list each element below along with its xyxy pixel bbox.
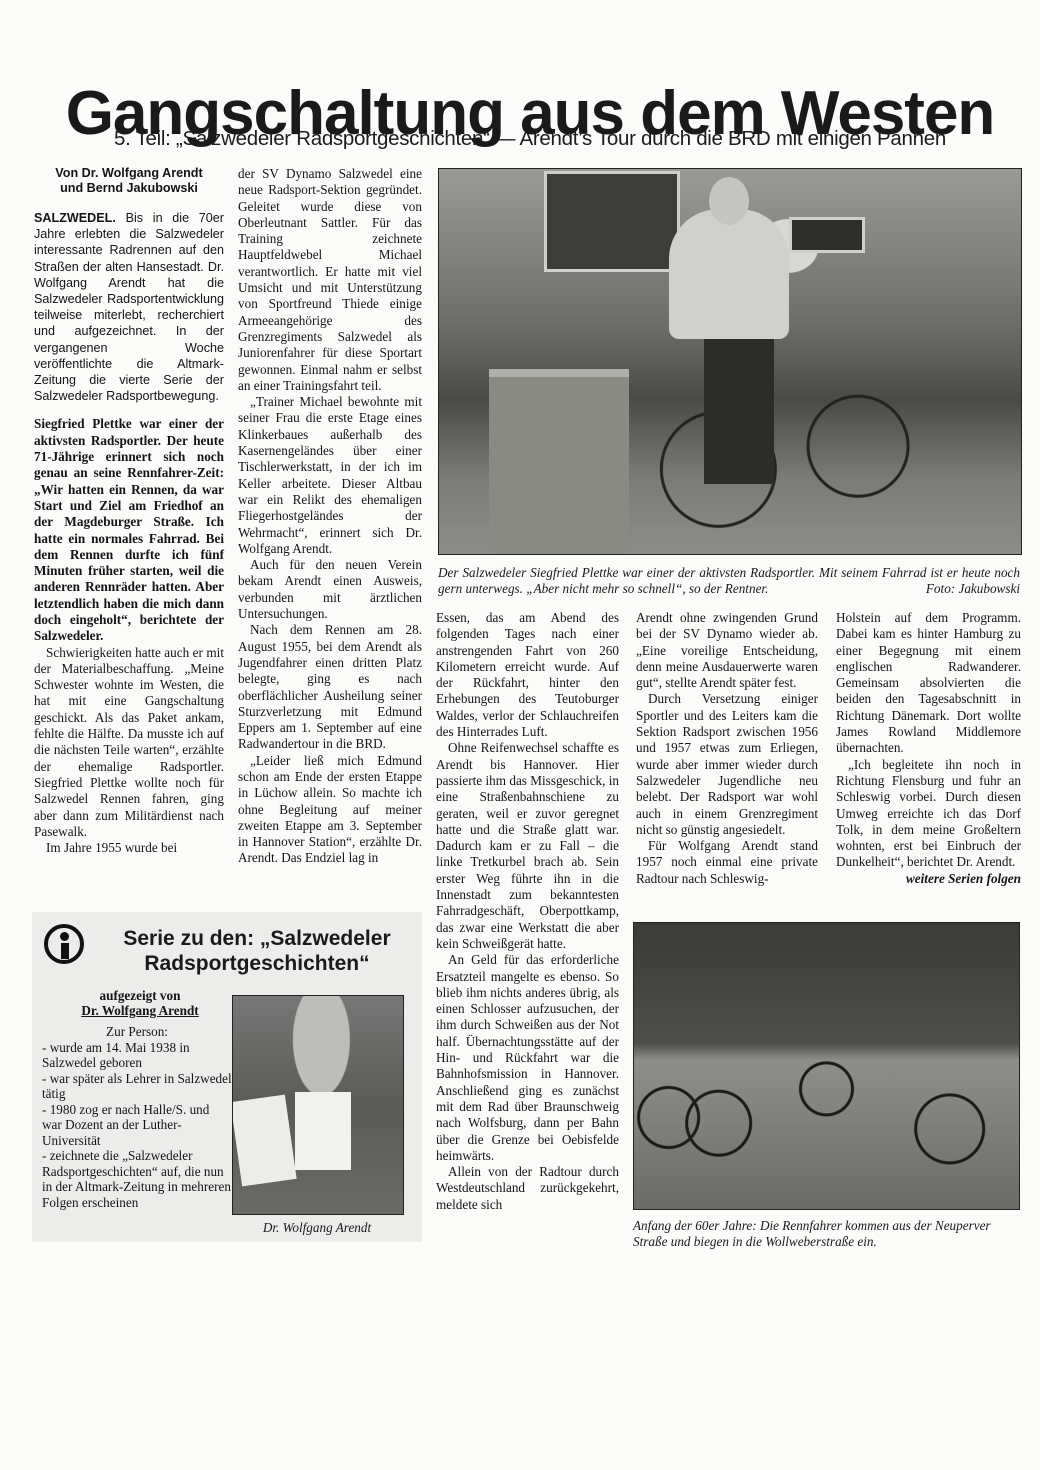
bio-item: - wurde am 14. Mai 1938 in Salzwedel geb… <box>42 1040 232 1071</box>
photo-detail-rider-head <box>709 177 749 225</box>
paragraph: Allein von der Radtour durch Westdeutsch… <box>436 1164 619 1213</box>
series-author: aufgezeigt von Dr. Wolfgang Arendt <box>50 988 230 1018</box>
paragraph: Ohne Reifenwechsel schaffte es Arendt bi… <box>436 740 619 952</box>
intro-paragraph: SALZWEDEL. Bis in die 70er Jahre erlebte… <box>34 210 224 404</box>
column-3: Essen, das am Abend des folgenden Tages … <box>436 610 619 1213</box>
photo-portrait-arendt <box>232 995 404 1215</box>
author-bio: Zur Person: - wurde am 14. Mai 1938 in S… <box>42 1024 232 1210</box>
column-1: Von Dr. Wolfgang Arendt und Bernd Jakubo… <box>34 166 224 856</box>
bio-item: - zeichnete die „Salzwedeler Radsportges… <box>42 1148 232 1210</box>
bio-title: Zur Person: <box>42 1024 232 1040</box>
paragraph: Auch für den neuen Verein bekam Arendt e… <box>238 557 422 622</box>
paragraph: Schwierigkeiten hatte auch er mit der Ma… <box>34 645 224 841</box>
paragraph: Durch Versetzung einiger Sportler und de… <box>636 691 818 838</box>
photo-caption-bike: Der Salzwedeler Siegfried Plettke war ei… <box>438 565 1020 597</box>
paragraph: Siegfried Plettke war einer der aktivste… <box>34 416 224 644</box>
photo-detail-window <box>789 217 865 253</box>
column-5: Holstein auf dem Programm. Dabei kam es … <box>836 610 1021 887</box>
photo-detail-document <box>232 1095 297 1187</box>
paragraph: Nach dem Rennen am 28. August 1955, bei … <box>238 622 422 752</box>
paragraph: Im Jahre 1955 wurde bei <box>34 840 224 856</box>
column-2: der SV Dynamo Salzwedel eine neue Radspo… <box>238 166 422 867</box>
paragraph: der SV Dynamo Salzwedel eine neue Radspo… <box>238 166 422 394</box>
paragraph: Für Wolfgang Arendt stand 1957 noch einm… <box>636 838 818 887</box>
photo-detail-rider <box>669 209 789 339</box>
dateline: SALZWEDEL. <box>34 211 116 225</box>
photo-bicycle-race <box>633 922 1020 1210</box>
paragraph: „Leider ließ mich Edmund schon am Ende d… <box>238 753 422 867</box>
photo-detail-window <box>544 171 680 272</box>
series-title: Serie zu den: „Salzwedeler Radsportgesch… <box>122 926 392 976</box>
series-info-box: Serie zu den: „Salzwedeler Radsportgesch… <box>32 912 422 1242</box>
paragraph: An Geld für das erforderliche Ersatzteil… <box>436 952 619 1164</box>
bio-item: - 1980 zog er nach Halle/S. und war Doze… <box>42 1102 232 1149</box>
continuation-note: weitere Serien folgen <box>836 871 1021 887</box>
photo-detail-document <box>295 1092 351 1170</box>
column-4: Arendt ohne zwingenden Grund bei der SV … <box>636 610 818 887</box>
paragraph: Essen, das am Abend des folgenden Tages … <box>436 610 619 740</box>
bio-item: - war später als Lehrer in Salzwedel tät… <box>42 1071 232 1102</box>
photo-cyclist-with-bicycle <box>438 168 1022 555</box>
photo-detail-rider-legs <box>704 334 774 484</box>
paragraph: „Ich begleitete ihn noch in Richtung Fle… <box>836 757 1021 871</box>
photo-caption-portrait: Dr. Wolfgang Arendt <box>232 1220 402 1236</box>
paragraph: Holstein auf dem Programm. Dabei kam es … <box>836 610 1021 757</box>
info-icon <box>44 924 84 964</box>
subheadline: 5. Teil: „Salzwedeler Radsportgeschichte… <box>60 126 1000 152</box>
byline: Von Dr. Wolfgang Arendt und Bernd Jakubo… <box>34 166 224 196</box>
paragraph: „Trainer Michael bewohnte mit seiner Fra… <box>238 394 422 557</box>
photo-credit: Foto: Jakubowski <box>926 581 1020 597</box>
paragraph: Arendt ohne zwingenden Grund bei der SV … <box>636 610 818 691</box>
photo-detail-wall <box>489 369 629 555</box>
newspaper-page: Gangschaltung aus dem Westen 5. Teil: „S… <box>0 0 1040 1470</box>
photo-caption-race: Anfang der 60er Jahre: Die Rennfahrer ko… <box>633 1218 1018 1250</box>
